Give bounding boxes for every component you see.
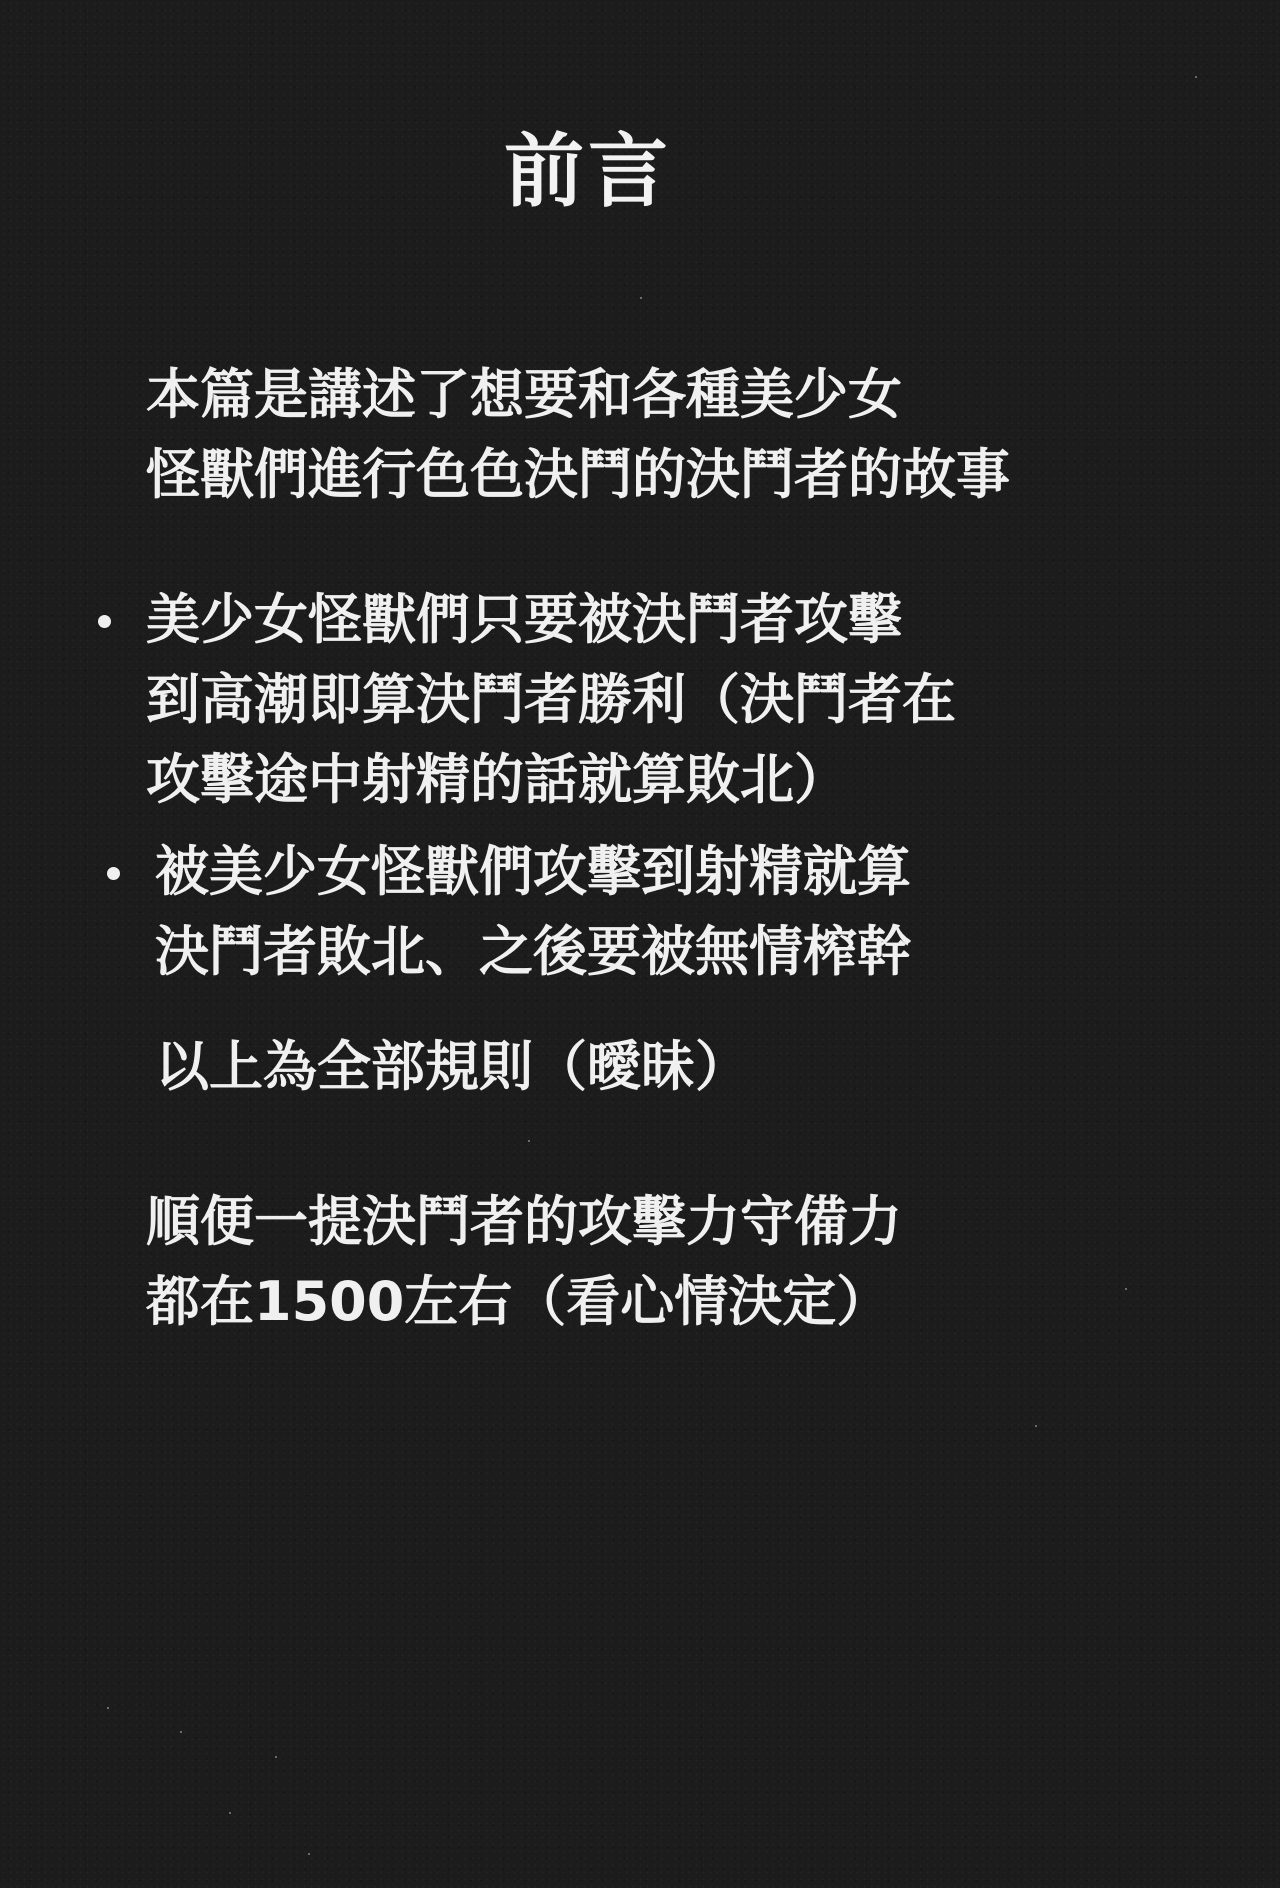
rule-2-line-2: 決鬥者敗北、之後要被無情榨幹: [155, 912, 911, 992]
scan-speck: [640, 297, 642, 299]
scan-speck: [275, 1756, 277, 1758]
scan-speck: [1035, 1425, 1037, 1427]
bullet-icon: [98, 615, 111, 628]
rule-2-line-1: 被美少女怪獸們攻擊到射精就算: [155, 832, 911, 912]
bullet-icon: [107, 867, 120, 880]
intro-line-1: 本篇是講述了想要和各種美少女: [146, 355, 1010, 435]
rule-item-1: 美少女怪獸們只要被決鬥者攻擊 到高潮即算決鬥者勝利（決鬥者在 攻擊途中射精的話就…: [146, 580, 956, 820]
scan-speck: [229, 1812, 231, 1814]
intro-line-2: 怪獸們進行色色決鬥的決鬥者的故事: [146, 435, 1010, 515]
note-line-1: 順便一提決鬥者的攻擊力守備力: [146, 1182, 902, 1262]
note-line-2: 都在1500左右（看心情決定）: [146, 1262, 902, 1342]
rule-1-line-1: 美少女怪獸們只要被決鬥者攻擊: [146, 580, 956, 660]
note-paragraph: 順便一提決鬥者的攻擊力守備力 都在1500左右（看心情決定）: [146, 1182, 902, 1342]
rule-1-line-2: 到高潮即算決鬥者勝利（決鬥者在: [146, 660, 956, 740]
intro-paragraph: 本篇是講述了想要和各種美少女 怪獸們進行色色決鬥的決鬥者的故事: [146, 355, 1010, 515]
rules-summary: 以上為全部規則（曖昧）: [155, 1027, 749, 1107]
rule-1-line-3: 攻擊途中射精的話就算敗北）: [146, 740, 956, 820]
scan-speck: [308, 1853, 310, 1855]
preface-page: 前言 本篇是講述了想要和各種美少女 怪獸們進行色色決鬥的決鬥者的故事 美少女怪獸…: [0, 0, 1280, 1888]
page-title: 前言: [504, 132, 672, 212]
rule-item-2: 被美少女怪獸們攻擊到射精就算 決鬥者敗北、之後要被無情榨幹: [155, 832, 911, 992]
scan-speck: [1195, 76, 1197, 78]
scan-speck: [107, 1707, 109, 1709]
scan-speck: [528, 1140, 530, 1142]
scan-speck: [180, 1731, 182, 1733]
scan-speck: [1125, 1288, 1127, 1290]
summary-line: 以上為全部規則（曖昧）: [155, 1027, 749, 1107]
